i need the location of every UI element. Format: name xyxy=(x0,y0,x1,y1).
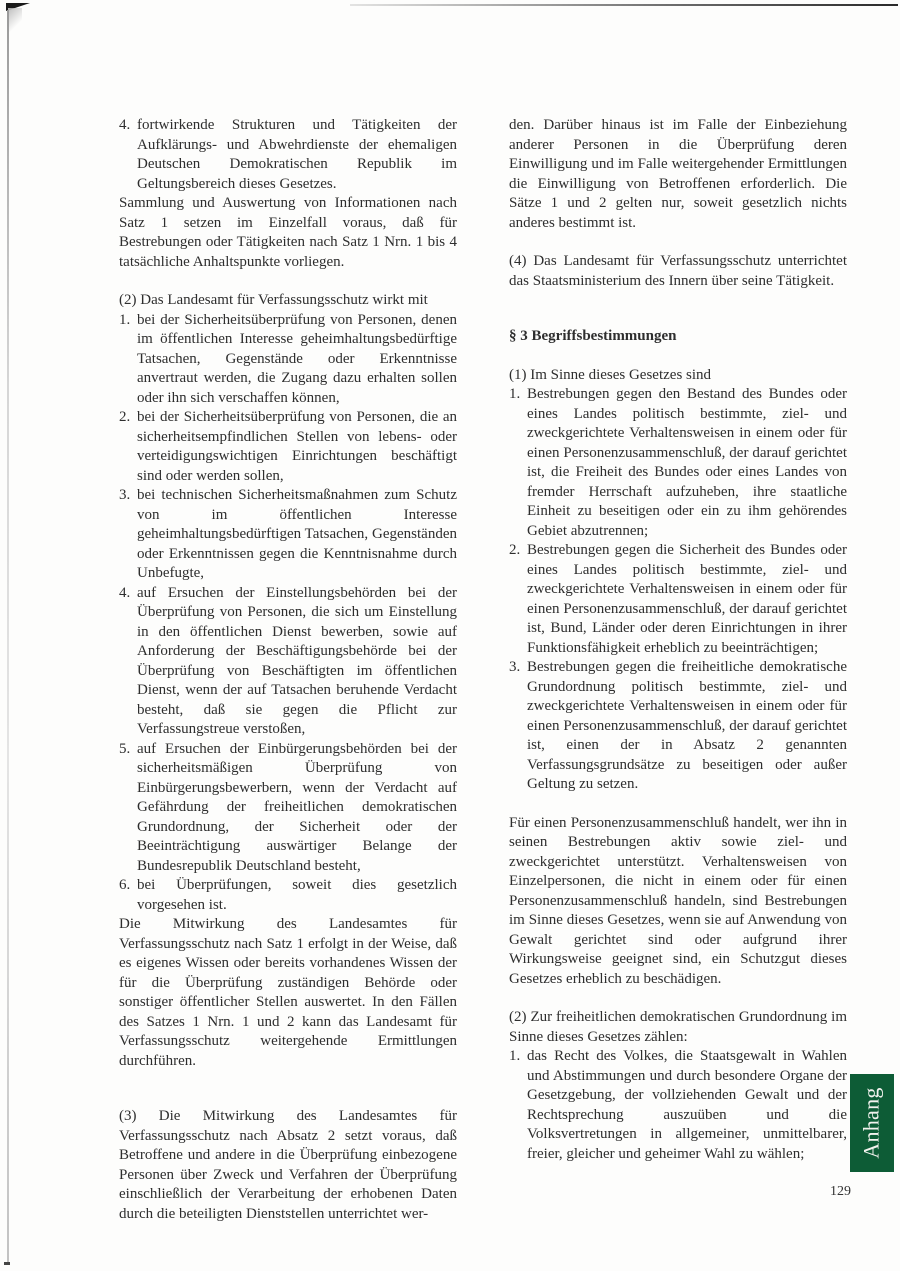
list-number: 1. xyxy=(509,1047,527,1164)
corner-shadow xyxy=(8,8,22,32)
page-edge-mark xyxy=(4,1262,10,1265)
list-item: 6. bei Überprüfungen, soweit dies gesetz… xyxy=(119,876,457,915)
list-item: 3. Bestrebungen gegen die freiheitliche … xyxy=(509,658,847,795)
paragraph-abs4: (4) Das Landesamt für Verfassungsschutz … xyxy=(509,252,847,291)
paragraph-personenzusammenschluss: Für einen Personenzusammenschluß handelt… xyxy=(509,814,847,990)
page-edge-rule xyxy=(7,10,9,1264)
list-text: bei der Sicherheitsüberprüfung von Perso… xyxy=(137,408,457,486)
list-number: 3. xyxy=(119,486,137,584)
list-text: bei technischen Sicherheitsmaßnahmen zum… xyxy=(137,486,457,584)
paragraph-abs3-continued: den. Darüber hinaus ist im Falle der Ein… xyxy=(509,116,847,233)
list-item: 3. bei technischen Sicherheitsmaßnahmen … xyxy=(119,486,457,584)
list-number: 4. xyxy=(119,116,137,194)
paragraph-abs1-intro: (1) Im Sinne dieses Gesetzes sind xyxy=(509,366,847,386)
paragraph-sammlung: Sammlung und Auswertung von Informatione… xyxy=(119,194,457,272)
list-number: 4. xyxy=(119,584,137,740)
page-number: 129 xyxy=(830,1184,851,1200)
section-heading: § 3 Begriffsbestimmungen xyxy=(509,327,847,347)
list-number: 2. xyxy=(119,408,137,486)
paragraph-abs3: (3) Die Mitwirkung des Landesamtes für V… xyxy=(119,1107,457,1224)
list-item: 1. Bestrebungen gegen den Bestand des Bu… xyxy=(509,385,847,541)
list-item: 5. auf Ersuchen der Einbürgerungsbehörde… xyxy=(119,740,457,877)
list-number: 3. xyxy=(509,658,527,795)
list-number: 6. xyxy=(119,876,137,915)
list-item: 1. bei der Sicherheitsüberprüfung von Pe… xyxy=(119,311,457,409)
left-column: 4. fortwirkende Strukturen und Tätigkeit… xyxy=(119,116,457,1224)
list-text: das Recht des Volkes, die Staatsgewalt i… xyxy=(527,1047,847,1164)
list-text: auf Ersuchen der Einstellungsbehörden be… xyxy=(137,584,457,740)
section-tab-label: Anhang xyxy=(859,1087,885,1158)
top-rule xyxy=(350,4,898,6)
list-number: 1. xyxy=(509,385,527,541)
list-number: 2. xyxy=(509,541,527,658)
list-text: auf Ersuchen der Einbürgerungsbehörden b… xyxy=(137,740,457,877)
list-item: 2. bei der Sicherheitsüberprüfung von Pe… xyxy=(119,408,457,486)
list-number: 5. xyxy=(119,740,137,877)
list-item: 4. auf Ersuchen der Einstellungsbehörden… xyxy=(119,584,457,740)
right-column: den. Darüber hinaus ist im Falle der Ein… xyxy=(509,116,847,1164)
list-item: 2. Bestrebungen gegen die Sicherheit des… xyxy=(509,541,847,658)
list-item: 1. das Recht des Volkes, die Staatsgewal… xyxy=(509,1047,847,1164)
paragraph-mitwirkung: Die Mitwirkung des Landesamtes für Verfa… xyxy=(119,915,457,1071)
list-text: fortwirkende Strukturen und Tätigkeiten … xyxy=(137,116,457,194)
list-text: bei der Sicherheitsüberprüfung von Perso… xyxy=(137,311,457,409)
list-text: bei Überprüfungen, soweit dies gesetzlic… xyxy=(137,876,457,915)
list-text: Bestrebungen gegen den Bestand des Bunde… xyxy=(527,385,847,541)
section-tab-anhang: Anhang xyxy=(850,1074,894,1172)
list-text: Bestrebungen gegen die freiheitliche dem… xyxy=(527,658,847,795)
list-number: 1. xyxy=(119,311,137,409)
paragraph-abs2-intro: (2) Das Landesamt für Verfassungsschutz … xyxy=(119,291,457,311)
list-text: Bestrebungen gegen die Sicherheit des Bu… xyxy=(527,541,847,658)
paragraph-abs2-intro: (2) Zur freiheitlichen demokratischen Gr… xyxy=(509,1008,847,1047)
list-item: 4. fortwirkende Strukturen und Tätigkeit… xyxy=(119,116,457,194)
